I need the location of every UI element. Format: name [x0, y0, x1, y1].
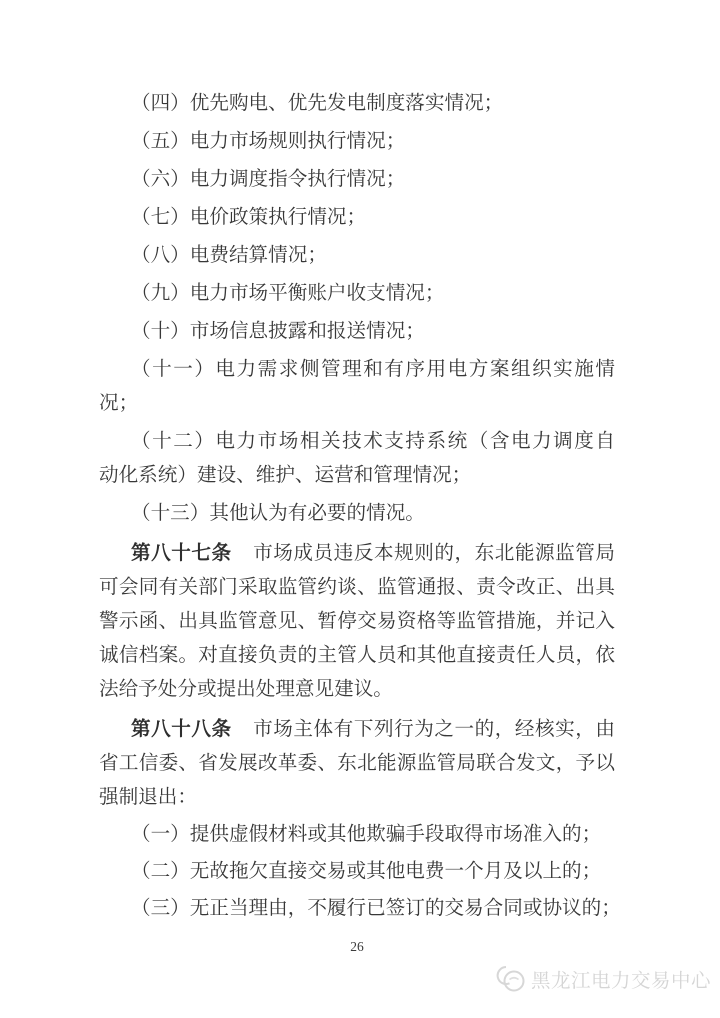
text-line: （九）电力市场平衡账户收支情况； — [99, 277, 615, 311]
line-text: （八）电费结算情况； — [131, 245, 327, 266]
article-number-lead: 第八十七条 — [131, 543, 232, 564]
text-line: 诚信档案。对直接负责的主管人员和其他直接责任人员，依 — [99, 639, 615, 673]
line-text: 省工信委、省发展改革委、东北能源监管局联合发文，予以 — [99, 753, 615, 774]
text-line: 强制退出： — [99, 781, 615, 815]
text-line: 况； — [99, 387, 615, 421]
line-text: （一）提供虚假材料或其他欺骗手段取得市场准入的； — [131, 824, 601, 845]
line-text: 动化系统）建设、维护、运营和管理情况； — [99, 465, 471, 486]
line-text: （十三）其他认为有必要的情况。 — [131, 503, 425, 524]
text-line: （五）电力市场规则执行情况； — [99, 125, 615, 159]
line-text: （十一）电力需求侧管理和有序用电方案组织实施情 — [131, 359, 615, 380]
text-line: （十二）电力市场相关技术支持系统（含电力调度自 — [99, 425, 615, 459]
text-line: 动化系统）建设、维护、运营和管理情况； — [99, 459, 615, 493]
line-text: 强制退出： — [99, 787, 197, 808]
line-text: 况； — [99, 393, 138, 414]
line-text: 诚信档案。对直接负责的主管人员和其他直接责任人员，依 — [99, 645, 615, 666]
text-line: （四）优先购电、优先发电制度落实情况； — [99, 87, 615, 121]
watermark-text: 黑龙江电力交易中心 — [531, 965, 711, 993]
text-line: （十）市场信息披露和报送情况； — [99, 315, 615, 349]
text-line: （十一）电力需求侧管理和有序用电方案组织实施情 — [99, 353, 615, 387]
text-line: 省工信委、省发展改革委、东北能源监管局联合发文，予以 — [99, 747, 615, 781]
line-text: （四）优先购电、优先发电制度落实情况； — [131, 93, 503, 114]
page-number: 26 — [99, 939, 615, 955]
line-text: （十二）电力市场相关技术支持系统（含电力调度自 — [131, 431, 615, 452]
text-line: 第八十七条 市场成员违反本规则的，东北能源监管局 — [99, 537, 615, 571]
text-line: （三）无正当理由，不履行已签订的交易合同或协议的； — [99, 892, 615, 926]
body-text: （四）优先购电、优先发电制度落实情况； （五）电力市场规则执行情况； （六）电力… — [99, 87, 615, 926]
text-line: （十三）其他认为有必要的情况。 — [99, 497, 615, 531]
text-line: 可会同有关部门采取监管约谈、监管通报、责令改正、出具 — [99, 571, 615, 605]
text-line: 第八十八条 市场主体有下列行为之一的，经核实，由 — [99, 713, 615, 747]
article-number-lead: 第八十八条 — [131, 719, 232, 740]
trading-center-logo-icon — [494, 964, 526, 994]
line-text: （二）无故拖欠直接交易或其他电费一个月及以上的； — [131, 861, 601, 882]
line-text: 法给予处分或提出处理意见建议。 — [99, 679, 393, 700]
text-line: （六）电力调度指令执行情况； — [99, 163, 615, 197]
line-text: （五）电力市场规则执行情况； — [131, 131, 405, 152]
text-line: （七）电价政策执行情况； — [99, 201, 615, 235]
line-text: （九）电力市场平衡账户收支情况； — [131, 283, 445, 304]
line-text: （三）无正当理由，不履行已签订的交易合同或协议的； — [131, 898, 621, 919]
line-text: （十）市场信息披露和报送情况； — [131, 321, 425, 342]
line-text: 市场成员违反本规则的，东北能源监管局 — [253, 543, 615, 564]
text-line: （一）提供虚假材料或其他欺骗手段取得市场准入的； — [99, 818, 615, 852]
watermark: 黑龙江电力交易中心 — [494, 964, 711, 994]
line-text: （七）电价政策执行情况； — [131, 207, 366, 228]
line-text: 警示函、出具监管意见、暂停交易资格等监管措施，并记入 — [99, 611, 615, 632]
line-text: （六）电力调度指令执行情况； — [131, 169, 405, 190]
line-text: 市场主体有下列行为之一的，经核实，由 — [253, 719, 615, 740]
line-text: 可会同有关部门采取监管约谈、监管通报、责令改正、出具 — [99, 577, 615, 598]
text-line: 警示函、出具监管意见、暂停交易资格等监管措施，并记入 — [99, 605, 615, 639]
text-line: 法给予处分或提出处理意见建议。 — [99, 673, 615, 707]
text-line: （二）无故拖欠直接交易或其他电费一个月及以上的； — [99, 855, 615, 889]
document-page: （四）优先购电、优先发电制度落实情况； （五）电力市场规则执行情况； （六）电力… — [0, 0, 720, 1018]
text-line: （八）电费结算情况； — [99, 239, 615, 273]
